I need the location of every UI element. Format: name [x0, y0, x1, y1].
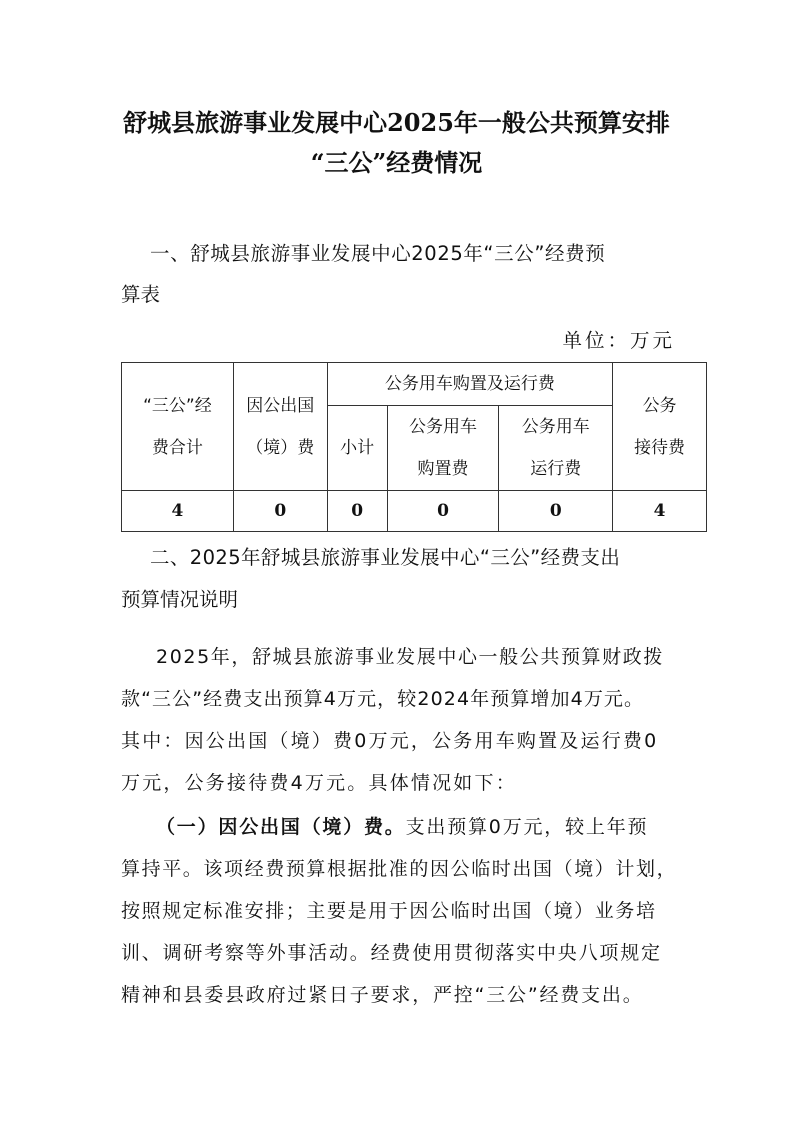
header-reception-line2: 接待费	[613, 427, 706, 469]
section2-heading-line2: 预算情况说明	[121, 584, 238, 612]
header-subtotal: 小计	[327, 406, 387, 491]
header-purchase-line1: 公务用车	[388, 406, 499, 448]
document-title-line1: 舒城县旅游事业发展中心2025年一般公共预算安排	[0, 103, 793, 138]
paragraph2-line1-rest: 支出预算0万元，较上年预	[406, 816, 649, 838]
table-row: 4 0 0 0 0 4	[122, 491, 707, 532]
header-total-line1: “三公”经	[122, 385, 233, 427]
header-purchase-line2: 购置费	[388, 448, 499, 490]
header-reception-line1: 公务	[613, 385, 706, 427]
paragraph1-line2: 款“三公”经费支出预算4万元，较2024年预算增加4万元。	[121, 684, 644, 711]
value-operation: 0	[499, 491, 613, 532]
header-total-line2: 费合计	[122, 427, 233, 469]
paragraph2-line2: 算持平。该项经费预算根据批准的因公临时出国（境）计划，	[121, 854, 677, 881]
header-total: “三公”经 费合计	[122, 363, 234, 491]
header-overseas: 因公出国 （境）费	[233, 363, 327, 491]
document-title-line2: “三公”经费情况	[0, 143, 793, 178]
header-overseas-line2: （境）费	[234, 427, 327, 469]
section1-heading-line2: 算表	[121, 279, 160, 307]
paragraph2-line3: 按照规定标准安排；主要是用于因公临时出国（境）业务培	[121, 896, 657, 923]
value-subtotal: 0	[327, 491, 387, 532]
paragraph2-bold-lead: （一）因公出国（境）费。	[156, 816, 406, 838]
paragraph2-line5: 精神和县委县政府过紧日子要求，严控“三公”经费支出。	[121, 980, 644, 1007]
header-vehicle-purchase: 公务用车 购置费	[387, 406, 499, 491]
paragraph2-line1: （一）因公出国（境）费。支出预算0万元，较上年预	[156, 812, 648, 839]
paragraph2-line4: 训、调研考察等外事活动。经费使用贯彻落实中央八项规定	[121, 938, 662, 965]
header-overseas-line1: 因公出国	[234, 385, 327, 427]
header-operation-line1: 公务用车	[499, 406, 612, 448]
header-vehicle-operation: 公务用车 运行费	[499, 406, 613, 491]
document-page: 舒城县旅游事业发展中心2025年一般公共预算安排 “三公”经费情况 一、舒城县旅…	[0, 0, 793, 1122]
header-operation-line2: 运行费	[499, 448, 612, 490]
section2-heading-line1: 二、2025年舒城县旅游事业发展中心“三公”经费支出	[150, 542, 620, 570]
header-vehicle-group: 公务用车购置及运行费	[327, 363, 612, 406]
header-reception: 公务 接待费	[613, 363, 707, 491]
section1-heading-line1: 一、舒城县旅游事业发展中心2025年“三公”经费预	[150, 238, 605, 266]
value-overseas: 0	[233, 491, 327, 532]
unit-label: 单位：万元	[562, 325, 675, 353]
paragraph1-line1: 2025年，舒城县旅游事业发展中心一般公共预算财政拨	[156, 642, 664, 669]
value-reception: 4	[613, 491, 707, 532]
value-purchase: 0	[387, 491, 499, 532]
paragraph1-line3: 其中：因公出国（境）费0万元，公务用车购置及运行费0	[121, 726, 658, 753]
paragraph1-line4: 万元，公务接待费4万元。具体情况如下：	[121, 768, 517, 795]
value-total: 4	[122, 491, 234, 532]
three-public-budget-table: “三公”经 费合计 因公出国 （境）费 公务用车购置及运行费 公务 接待费 小计…	[121, 362, 707, 532]
